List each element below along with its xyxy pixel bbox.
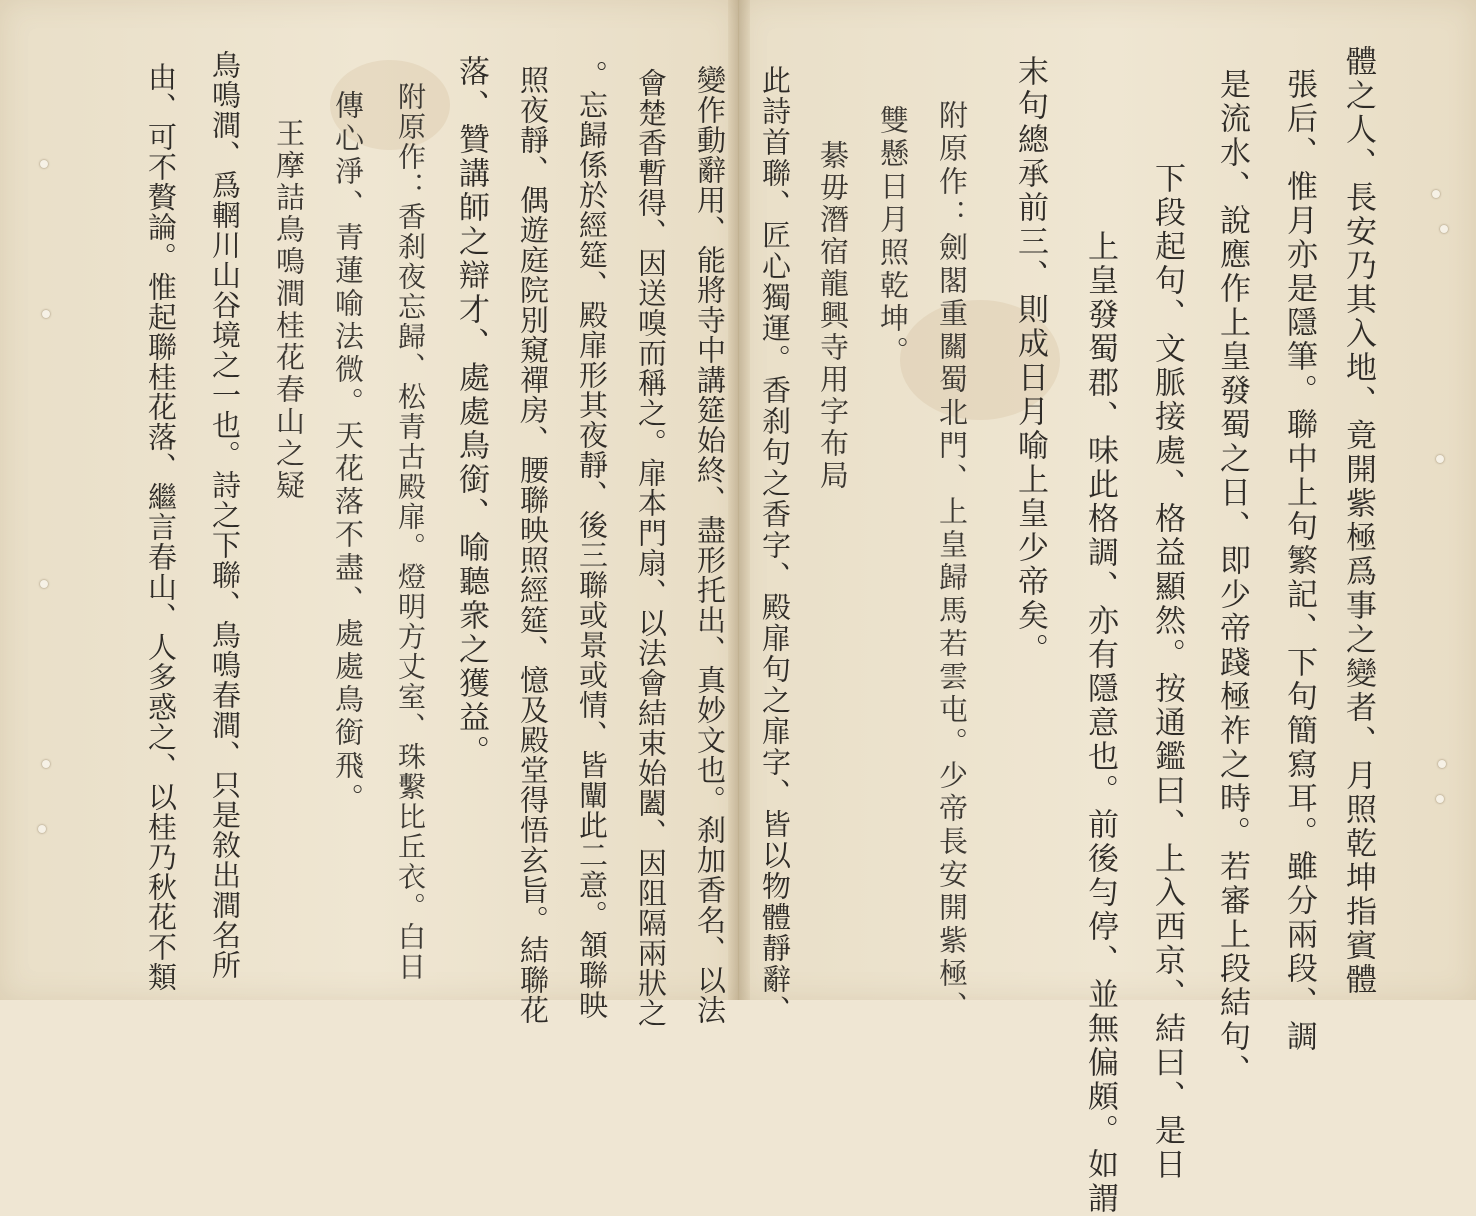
text-column: 上皇發蜀郡、味此格調、亦有隱意也。前後勻停、並無偏頗。如謂 <box>1084 230 1115 1000</box>
section-heading: 綦毋潛宿龍興寺用字布局 <box>818 140 847 492</box>
text-column: 此詩首聯、匠心獨運。香刹句之香字、殿扉句之扉字、皆以物體靜辭、 <box>760 65 789 1000</box>
left-page <box>0 0 739 1000</box>
text-column: 落、贊講師之辯才、處處鳥銜、喻聽衆之獲益。 <box>455 55 486 769</box>
book-spread: 體之人、長安乃其入地、竟開紫極爲事之變者、月照乾坤指賓體 張后、惟月亦是隱筆。聯… <box>0 0 1476 1000</box>
original-poem-column: 附原作：香刹夜忘歸、松青古殿扉。燈明方丈室、珠繫比丘衣。白日 <box>396 82 424 982</box>
text-column: 由、可不贅論。惟起聯桂花落、繼言春山、人多惑之、以桂乃秋花不類 <box>146 62 175 992</box>
binding-hole <box>1436 455 1444 463</box>
text-column: 會楚香暫得、因送嗅而稱之。扉本門扇、以法會結束始闔、因阻隔兩狀之 <box>636 68 665 1000</box>
book-gutter <box>728 0 750 1000</box>
binding-hole <box>1438 760 1446 768</box>
binding-hole <box>42 310 50 318</box>
section-heading: 王摩詰鳥鳴澗桂花春山之疑 <box>274 118 303 502</box>
binding-hole <box>38 825 46 833</box>
binding-hole <box>1440 225 1448 233</box>
original-poem-column: 雙懸日月照乾坤。 <box>878 105 907 369</box>
text-column: 變作動辭用、能將寺中講筵始終、盡形托出、真妙文也。刹加香名、以法 <box>695 65 724 1000</box>
text-column: 鳥鳴澗、爲輞川山谷境之一也。詩之下聯、鳥鳴春澗、只是敘出澗名所 <box>210 50 239 980</box>
binding-hole <box>1432 190 1440 198</box>
original-poem-column: 附原作：劍閣重關蜀北門、上皇歸馬若雲屯。少帝長安開紫極、 <box>937 100 966 1000</box>
binding-hole <box>40 160 48 168</box>
text-column: 。忘歸係於經筵、殿扉形其夜靜、後三聯或景或情、皆闡此二意。頷聯映 <box>577 60 606 1000</box>
text-column: 末句總承前三、則成日月喻上皇少帝矣。 <box>1014 55 1045 667</box>
text-column: 照夜靜、偶遊庭院別窺禪房、腰聯映照經筵、憶及殿堂得悟玄旨。結聯花 <box>518 65 547 1000</box>
text-column: 張后、惟月亦是隱筆。聯中上句繁記、下句簡寫耳。雖分兩段、調 <box>1283 68 1314 1000</box>
text-column: 下段起句、文脈接處、格益顯然。按通鑑曰、上入西京、結曰、是日 <box>1151 162 1182 1000</box>
text-column: 是流水、說應作上皇發蜀之日、即少帝踐極祚之時。若審上段結句、 <box>1216 68 1247 1000</box>
binding-hole <box>1436 795 1444 803</box>
binding-hole <box>42 760 50 768</box>
text-column: 體之人、長安乃其入地、竟開紫極爲事之變者、月照乾坤指賓體 <box>1342 45 1373 997</box>
binding-hole <box>40 580 48 588</box>
original-poem-column: 傳心淨、青蓮喻法微。天花落不盡、處處鳥銜飛。 <box>333 90 362 816</box>
